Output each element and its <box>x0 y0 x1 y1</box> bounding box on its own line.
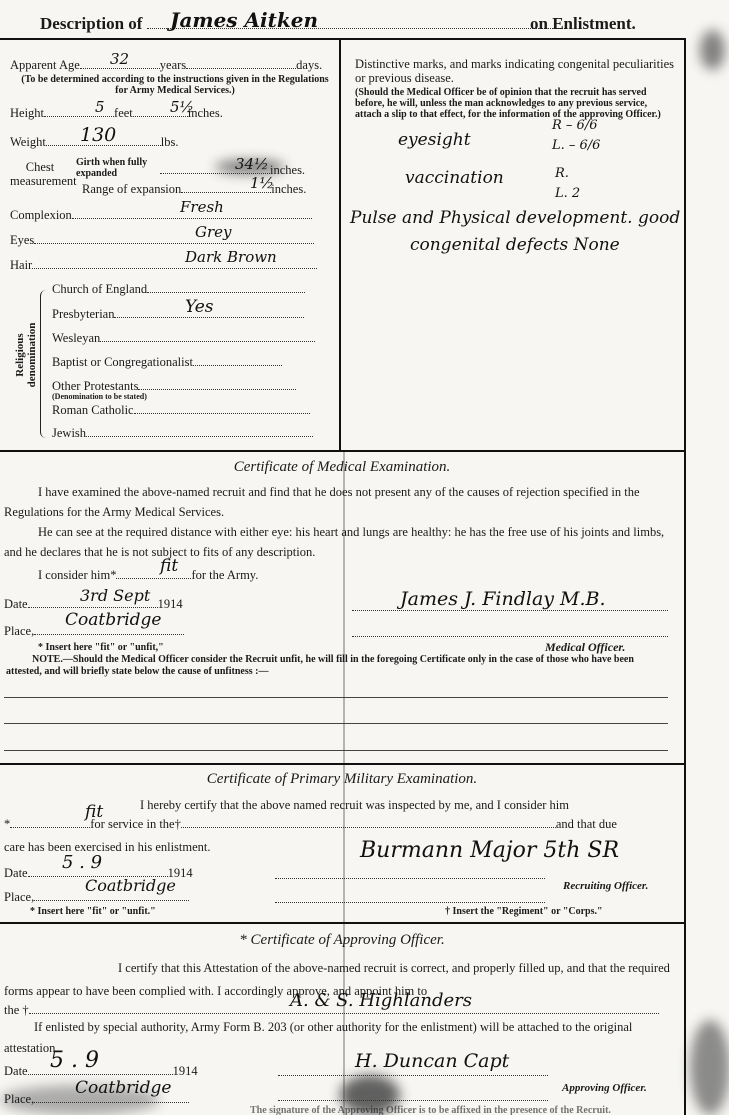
date-year: 1914 <box>173 1064 198 1078</box>
place-label: Place, <box>4 890 34 904</box>
eyesight-left: L. – 6/6 <box>552 138 600 153</box>
special-authority-text: If enlisted by special authority, Army F… <box>4 1017 672 1059</box>
approving-date-field: Date1914 <box>4 1064 198 1079</box>
range-label: Range of expansion <box>82 182 181 196</box>
vaccination-right: R. <box>555 166 569 181</box>
religion-option-label: Presbyterian <box>52 307 114 321</box>
section-rule <box>0 763 684 765</box>
religion-option: Church of England <box>52 282 305 297</box>
age-note: (To be determined according to the instr… <box>20 74 330 96</box>
signature-line <box>352 636 668 637</box>
religion-option-label: Church of England <box>52 282 147 296</box>
chest-label: Chest measurement <box>10 160 70 188</box>
consider-value: fit <box>160 556 178 576</box>
complexion-field: Complexion <box>10 208 312 223</box>
signature-line <box>275 878 545 879</box>
consider-prefix: I consider him* <box>38 568 116 582</box>
marks-instruction: (Should the Medical Officer be of opinio… <box>355 87 675 120</box>
and-that-label: and that due <box>556 817 617 831</box>
religion-option-label: Roman Catholic <box>52 403 134 417</box>
girth-field: inches. <box>160 163 305 178</box>
range-value: 1½ <box>250 174 274 192</box>
section-rule <box>0 450 684 452</box>
date-label: Date <box>4 597 28 611</box>
feet-unit: feet <box>114 106 133 120</box>
complexion-label: Complexion <box>10 208 72 222</box>
title-suffix: on Enlistment. <box>530 14 636 34</box>
approving-date-value: 5 . 9 <box>50 1048 99 1073</box>
medical-officer-role: Medical Officer. <box>545 640 625 655</box>
unfitness-line <box>4 723 668 724</box>
signature-line <box>275 902 545 903</box>
section-rule <box>0 922 684 924</box>
recruiting-officer-signature: Burmann Major 5th SR <box>360 838 619 863</box>
hair-label: Hair <box>10 258 32 272</box>
care-text: care has been exercised in his enlistmen… <box>4 840 211 855</box>
consider-suffix: for the Army. <box>191 568 258 582</box>
eyesight-right: R – 6/6 <box>552 118 597 133</box>
medical-para-1: I have examined the above-named recruit … <box>4 482 672 522</box>
approving-officer-signature: H. Duncan Capt <box>355 1050 509 1072</box>
religion-option: Roman Catholic <box>52 403 310 418</box>
medical-footnote: * Insert here "fit" or "unfit," <box>38 642 164 653</box>
religion-option: Wesleyan <box>52 331 315 346</box>
consider-field: I consider him*for the Army. <box>38 568 258 583</box>
military-fit-value: fit <box>85 802 103 822</box>
girth-unit: inches. <box>270 163 305 177</box>
title-prefix: Description of <box>40 14 142 34</box>
regiment-value: A. & S. Highlanders <box>290 990 472 1011</box>
apparent-age-field: Apparent Ageyearsdays. <box>10 58 322 73</box>
signature-line <box>278 1075 548 1076</box>
eyesight-label: eyesight <box>398 130 471 150</box>
scan-smudge <box>690 1020 729 1115</box>
form-title: Description of James Aitken on Enlistmen… <box>40 10 680 36</box>
place-label: Place, <box>4 1092 34 1106</box>
religion-option-label: Jewish <box>52 426 86 440</box>
column-divider <box>339 38 341 450</box>
signature-line <box>278 1100 548 1101</box>
religion-option: Jewish <box>52 426 313 441</box>
religion-option-note: (Denomination to be stated) <box>52 392 147 401</box>
years-unit: years <box>160 58 186 72</box>
weight-label: Weight <box>10 135 46 149</box>
medical-certificate-title: Certificate of Medical Examination. <box>0 459 684 476</box>
eyes-value: Grey <box>195 223 232 241</box>
unfitness-line <box>4 750 668 751</box>
eyes-label: Eyes <box>10 233 34 247</box>
weight-unit: lbs. <box>161 135 179 149</box>
marks-heading: Distinctive marks, and marks indicating … <box>355 57 675 85</box>
days-unit: days. <box>296 58 322 72</box>
hair-value: Dark Brown <box>185 248 277 266</box>
the-label: the † <box>4 1003 29 1017</box>
recruiting-officer-role: Recruiting Officer. <box>563 880 648 892</box>
apparent-age-label: Apparent Age <box>10 58 80 72</box>
medical-place-value: Coatbridge <box>65 610 161 630</box>
recruit-name: James Aitken <box>170 8 318 32</box>
place-label: Place, <box>4 624 34 638</box>
vaccination-label: vaccination <box>405 168 504 188</box>
military-footnote-left: * Insert here "fit" or "unfit." <box>30 906 156 917</box>
approving-certificate-title: * Certificate of Approving Officer. <box>0 932 684 949</box>
military-date-value: 5 . 9 <box>62 852 102 873</box>
medical-para-2: He can see at the required distance with… <box>4 522 672 562</box>
religion-option: Presbyterian <box>52 307 304 322</box>
for-service-label: for service in the† <box>90 817 181 831</box>
date-year: 1914 <box>158 597 183 611</box>
approving-place-value: Coatbridge <box>75 1078 171 1098</box>
defects-line: congenital defects None <box>410 235 620 255</box>
range-unit: inches. <box>271 182 306 196</box>
height-label: Height <box>10 106 44 120</box>
scan-smudge <box>700 30 725 70</box>
military-footnote-right: † Insert the "Regiment" or "Corps." <box>445 906 603 917</box>
weight-value: 130 <box>80 124 116 146</box>
religion-option-label: Wesleyan <box>52 331 100 345</box>
military-place-value: Coatbridge <box>85 876 176 895</box>
height-inches-value: 5½ <box>170 98 194 116</box>
approving-bottom-note: The signature of the Approving Officer i… <box>250 1105 611 1115</box>
attestation-form-page: Description of James Aitken on Enlistmen… <box>0 0 729 1115</box>
religion-group-label: Religious denomination <box>14 310 38 400</box>
military-para: I hereby certify that the above named re… <box>140 795 675 815</box>
signature-line <box>352 610 668 611</box>
military-certificate-title: Certificate of Primary Military Examinat… <box>0 771 684 788</box>
medical-date-value: 3rd Sept <box>80 586 150 605</box>
girth-value: 34½ <box>235 155 269 173</box>
religion-brace <box>40 290 49 438</box>
date-label: Date <box>4 866 28 880</box>
vaccination-left: L. 2 <box>555 186 580 201</box>
unfitness-line <box>4 697 668 698</box>
girth-label: Girth when fully expanded <box>76 157 156 179</box>
medical-officer-signature: James J. Findlay M.B. <box>400 588 606 610</box>
date-label: Date <box>4 1064 28 1078</box>
pulse-line: Pulse and Physical development. good <box>350 208 680 228</box>
eyes-field: Eyes <box>10 233 314 248</box>
religion-option-label: Baptist or Congregationalist <box>52 355 193 369</box>
religion-option: Baptist or Congregationalist <box>52 355 282 370</box>
height-feet-value: 5 <box>95 98 105 116</box>
apparent-age-value: 32 <box>110 50 129 68</box>
approving-officer-role: Approving Officer. <box>562 1082 647 1094</box>
unfit-note: NOTE.—Should the Medical Officer conside… <box>6 654 670 678</box>
religion-option-label: Other Protestants <box>52 379 138 393</box>
complexion-value: Fresh <box>180 198 224 216</box>
religion-option-value: Yes <box>185 297 214 317</box>
